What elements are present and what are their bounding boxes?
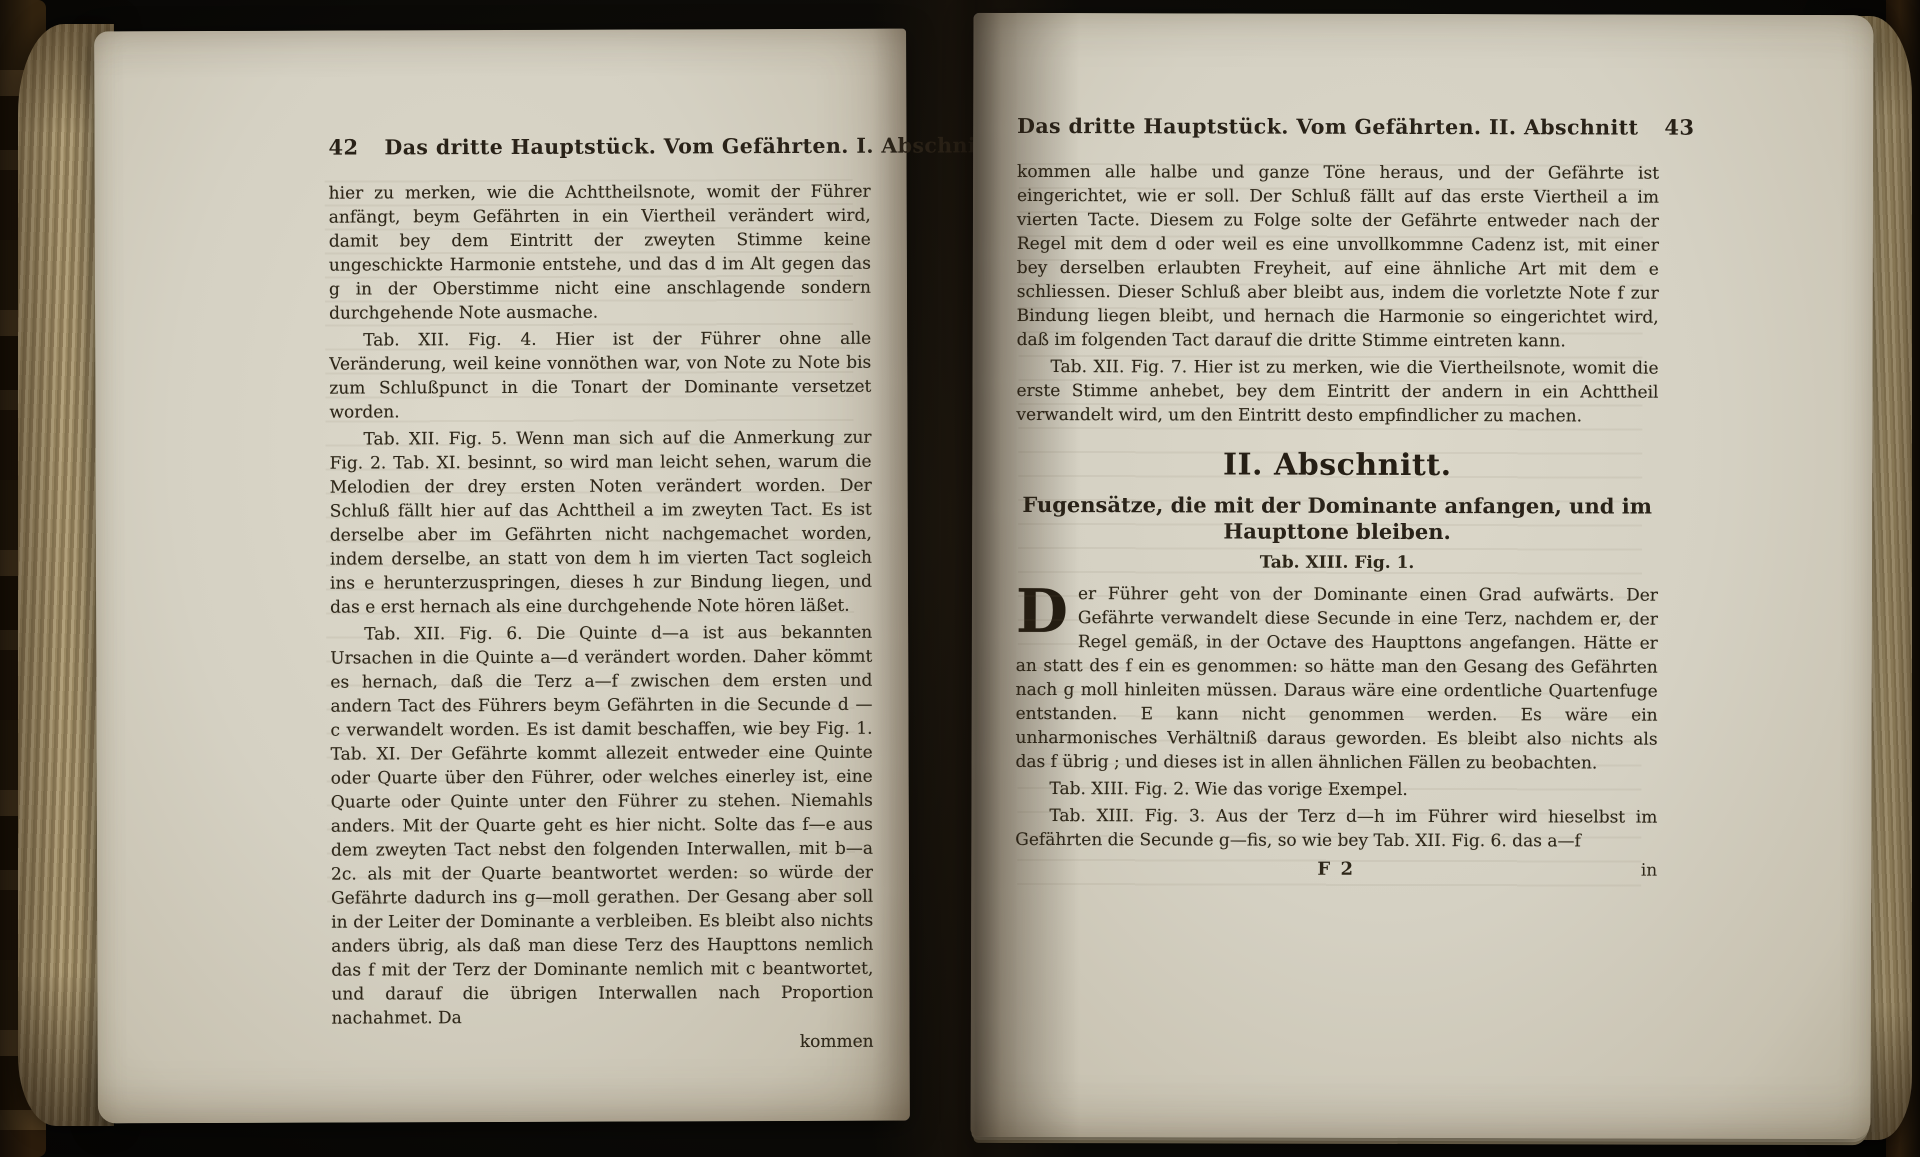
- page-number: 43: [1664, 115, 1694, 140]
- running-head: Das dritte Hauptstück. Vom Gefährten. II…: [1017, 114, 1638, 140]
- right-page: Das dritte Hauptstück. Vom Gefährten. II…: [971, 13, 1874, 1139]
- body-paragraph: Tab. XII. Fig. 6. Die Quinte d—a ist aus…: [330, 621, 873, 1031]
- left-page-header: 42 Das dritte Hauptstück. Vom Gefährten.…: [328, 133, 870, 160]
- left-page-body: hier zu merken, wie die Achttheilsnote, …: [329, 180, 874, 1054]
- body-paragraph: kommen alle halbe und ganze Töne heraus,…: [1017, 160, 1660, 354]
- body-paragraph: Tab. XII. Fig. 7. Hier ist zu merken, wi…: [1016, 355, 1658, 429]
- body-paragraph: Tab. XII. Fig. 5. Wenn man sich auf die …: [329, 426, 872, 620]
- drop-cap-paragraph-text: er Führer geht von der Dominante einen G…: [1015, 584, 1657, 773]
- body-paragraph: Tab. XII. Fig. 4. Hier ist der Führer oh…: [329, 327, 871, 425]
- signature-mark: F 2: [1015, 858, 1657, 881]
- left-page: 42 Das dritte Hauptstück. Vom Gefährten.…: [94, 29, 910, 1124]
- open-book-photo: 42 Das dritte Hauptstück. Vom Gefährten.…: [0, 0, 1920, 1157]
- catchword: kommen: [332, 1032, 874, 1054]
- catchword: in: [1641, 861, 1657, 881]
- right-page-body: kommen alle halbe und ganze Töne heraus,…: [1015, 160, 1659, 886]
- signature-line: F 2 in: [1015, 858, 1657, 886]
- section-subheading-line2: Haupttone bleiben.: [1016, 518, 1658, 546]
- section-heading: II. Abschnitt.: [1016, 447, 1658, 484]
- section-subheading-line1: Fugensätze, die mit der Dominante anfang…: [1016, 492, 1658, 520]
- section-subheading: Fugensätze, die mit der Dominante anfang…: [1016, 492, 1658, 546]
- page-number: 42: [328, 134, 358, 159]
- body-paragraph: Tab. XIII. Fig. 3. Aus der Terz d—h im F…: [1015, 804, 1657, 854]
- right-page-header: Das dritte Hauptstück. Vom Gefährten. II…: [1017, 113, 1659, 140]
- body-paragraph: Tab. XIII. Fig. 2. Wie das vorige Exempe…: [1015, 777, 1657, 803]
- left-page-text: 42 Das dritte Hauptstück. Vom Gefährten.…: [328, 133, 873, 1054]
- body-paragraph: hier zu merken, wie die Achttheilsnote, …: [329, 180, 871, 326]
- right-page-text: Das dritte Hauptstück. Vom Gefährten. II…: [1015, 113, 1659, 886]
- figure-caption: Tab. XIII. Fig. 1.: [1016, 552, 1658, 574]
- drop-cap-paragraph: Der Führer geht von der Dominante einen …: [1015, 582, 1658, 776]
- running-head: Das dritte Hauptstück. Vom Gefährten. I.…: [384, 133, 1003, 159]
- drop-cap-initial: D: [1016, 582, 1078, 638]
